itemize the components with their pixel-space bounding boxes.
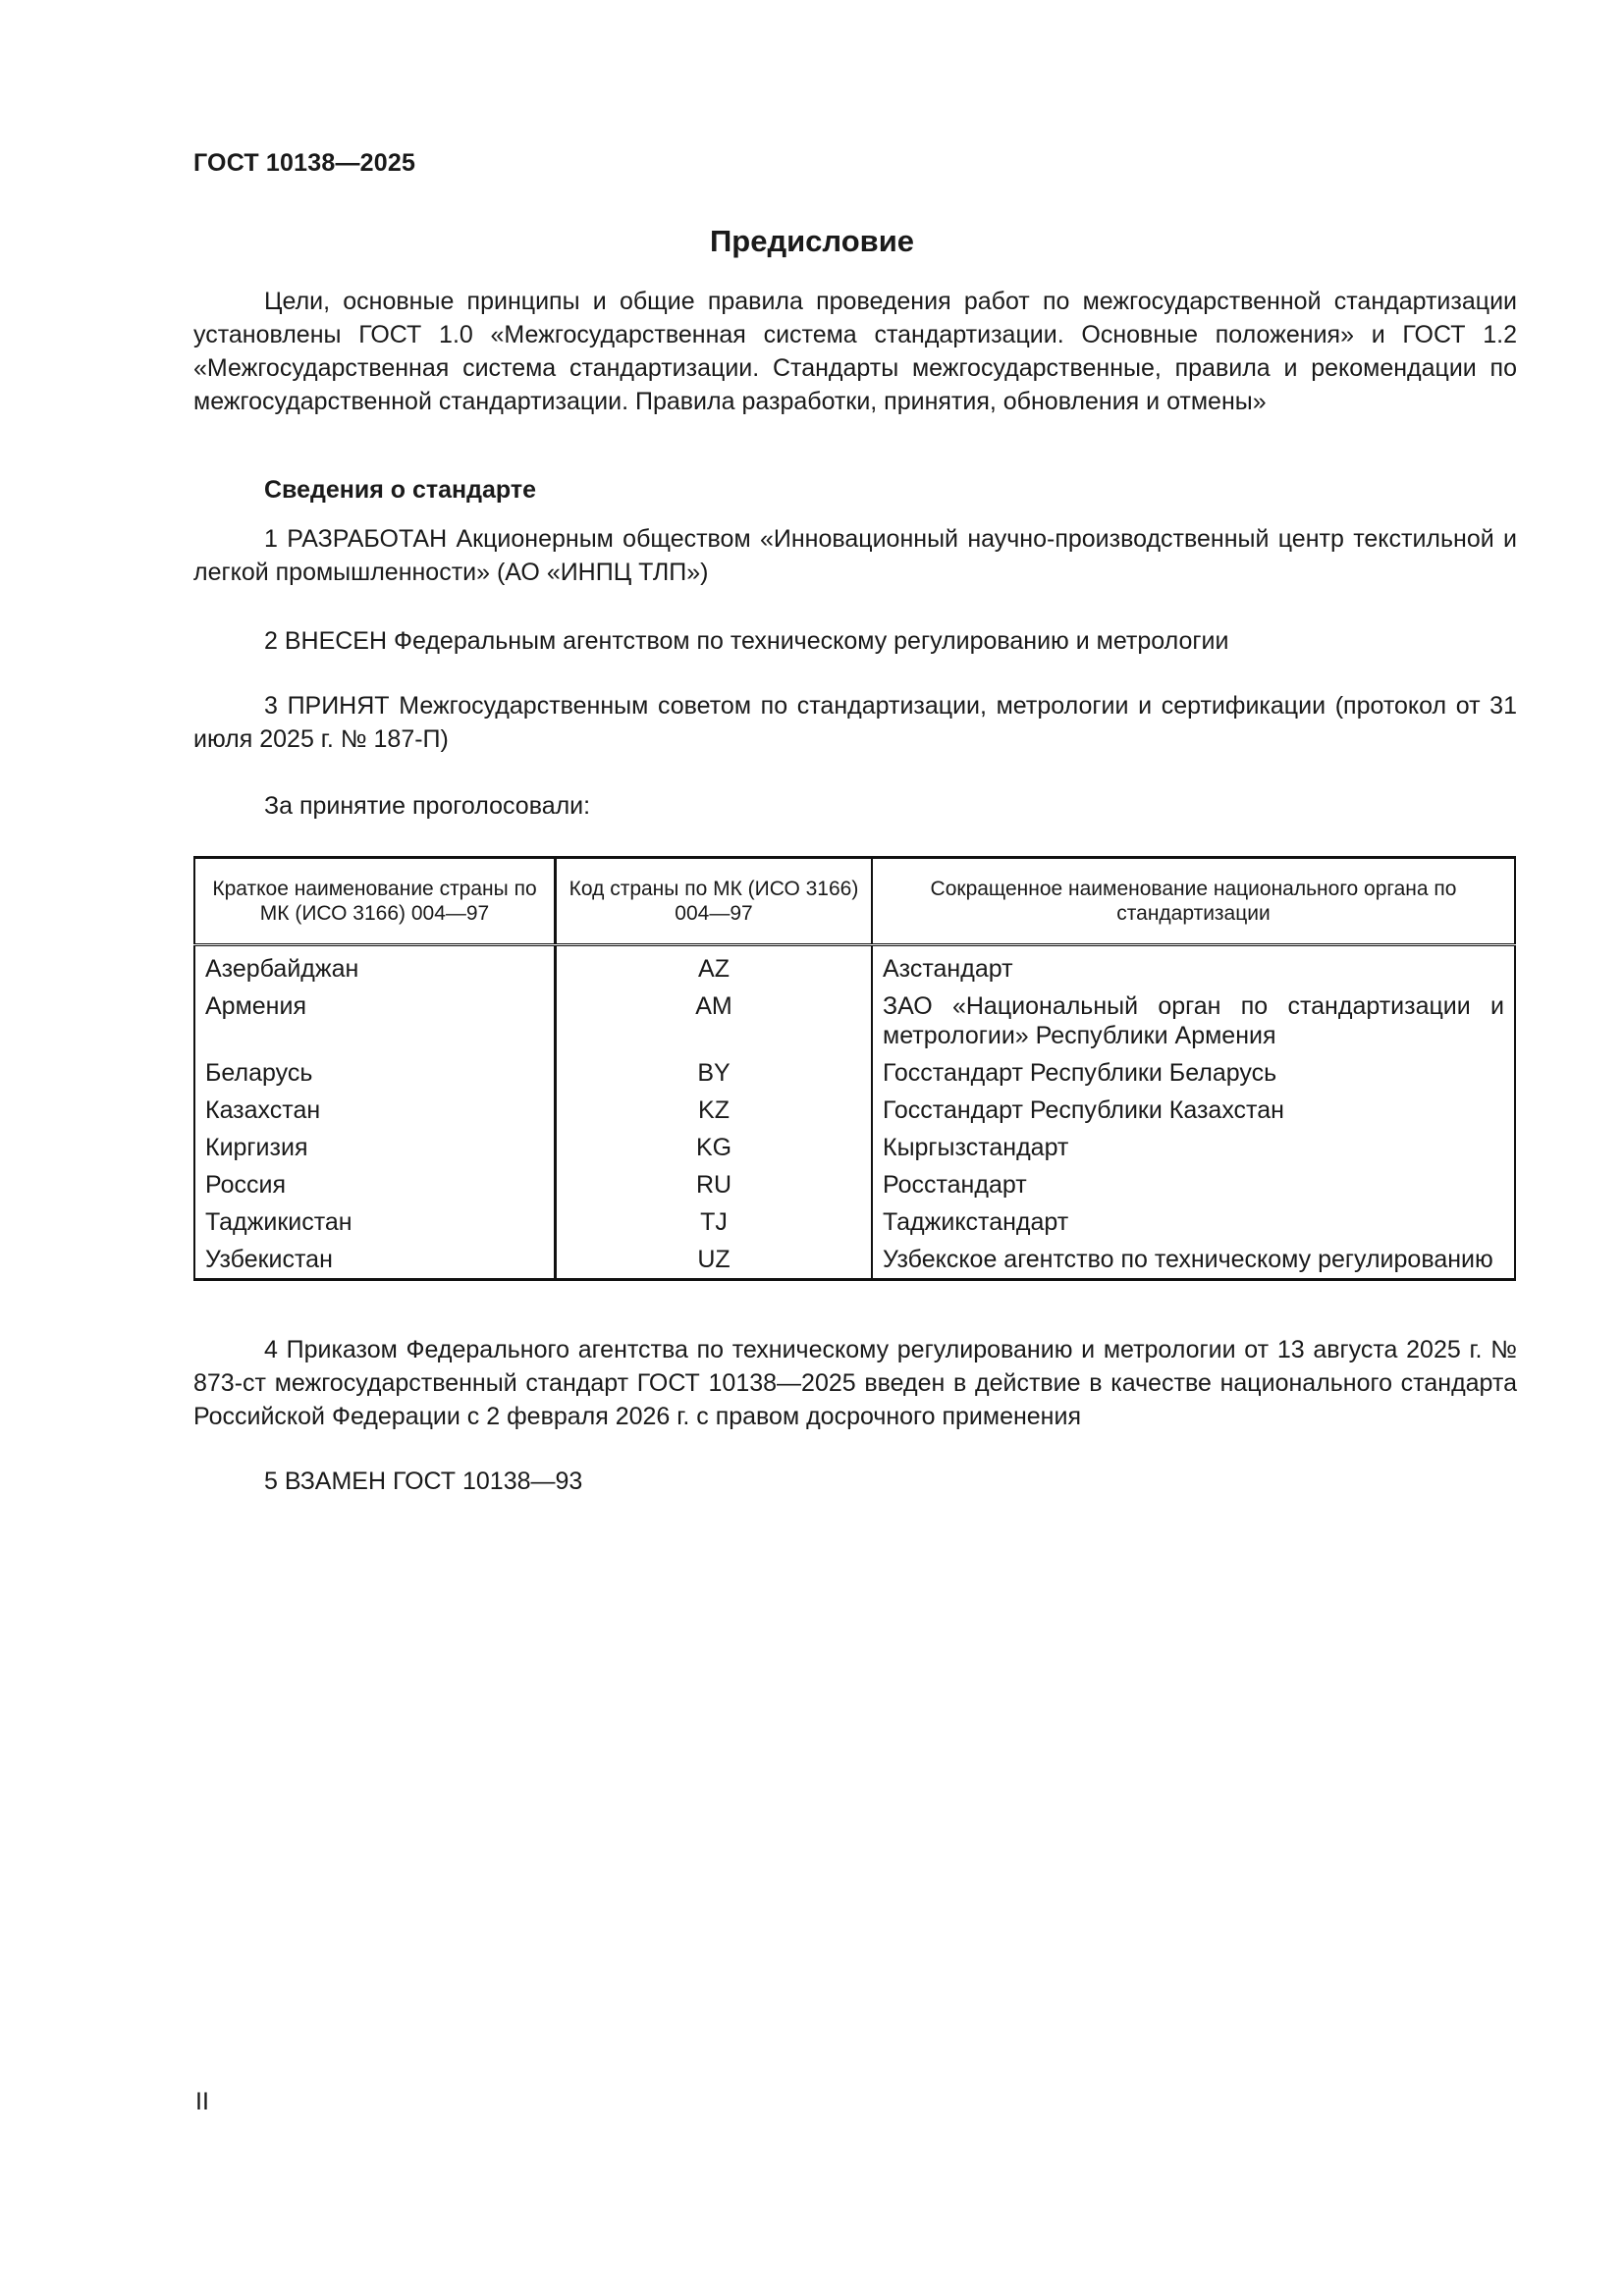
country-code: BY [556, 1050, 873, 1088]
country-code: KG [556, 1125, 873, 1162]
table-row: Таджикистан TJ Таджикстандарт [194, 1200, 1515, 1237]
voting-table: Краткое наименование страны по МК (ИСО 3… [193, 856, 1516, 1281]
country-name: Россия [194, 1162, 556, 1200]
national-body: Госстандарт Республики Казахстан [872, 1088, 1515, 1125]
national-body: Таджикстандарт [872, 1200, 1515, 1237]
country-name: Узбекистан [194, 1237, 556, 1280]
country-code: AZ [556, 945, 873, 985]
table-row: Киргизия KG Кыргызстандарт [194, 1125, 1515, 1162]
intro-paragraph: Цели, основные принципы и общие правила … [193, 285, 1517, 418]
page-number: II [195, 2088, 209, 2116]
item-1-developed: 1 РАЗРАБОТАН Акционерным обществом «Инно… [193, 522, 1517, 589]
table-row: Казахстан KZ Госстандарт Республики Каза… [194, 1088, 1515, 1125]
item-4-order: 4 Приказом Федерального агентства по тех… [193, 1333, 1517, 1433]
vote-intro: За принятие проголосовали: [193, 789, 1517, 823]
country-name: Армения [194, 984, 556, 1050]
item-2-introduced: 2 ВНЕСЕН Федеральным агентством по техни… [193, 624, 1517, 658]
item-5-replaces: 5 ВЗАМЕН ГОСТ 10138—93 [193, 1465, 1517, 1498]
header-country-name: Краткое наименование страны по МК (ИСО 3… [194, 858, 556, 945]
country-name: Беларусь [194, 1050, 556, 1088]
country-code: UZ [556, 1237, 873, 1280]
section-heading: Сведения о стандарте [264, 476, 536, 505]
national-body: ЗАО «Национальный орган по стандартизаци… [872, 984, 1515, 1050]
country-code: AM [556, 984, 873, 1050]
national-body: Росстандарт [872, 1162, 1515, 1200]
table-row: Россия RU Росстандарт [194, 1162, 1515, 1200]
country-name: Таджикистан [194, 1200, 556, 1237]
national-body: Узбекское агентство по техническому регу… [872, 1237, 1515, 1280]
table-row: Армения AM ЗАО «Национальный орган по ст… [194, 984, 1515, 1050]
country-code: TJ [556, 1200, 873, 1237]
header-country-code: Код страны по МК (ИСО 3166) 004—97 [556, 858, 873, 945]
table-row: Азербайджан AZ Азстандарт [194, 945, 1515, 985]
document-code-header: ГОСТ 10138—2025 [193, 149, 415, 178]
national-body: Госстандарт Республики Беларусь [872, 1050, 1515, 1088]
country-code: RU [556, 1162, 873, 1200]
country-name: Азербайджан [194, 945, 556, 985]
table-header-row: Краткое наименование страны по МК (ИСО 3… [194, 858, 1515, 945]
national-body: Кыргызстандарт [872, 1125, 1515, 1162]
item-3-adopted: 3 ПРИНЯТ Межгосударственным советом по с… [193, 689, 1517, 756]
header-national-body: Сокращенное наименование национального о… [872, 858, 1515, 945]
table-row: Беларусь BY Госстандарт Республики Белар… [194, 1050, 1515, 1088]
country-code: KZ [556, 1088, 873, 1125]
national-body: Азстандарт [872, 945, 1515, 985]
page-title: Предисловие [0, 224, 1624, 259]
table-row: Узбекистан UZ Узбекское агентство по тех… [194, 1237, 1515, 1280]
country-name: Казахстан [194, 1088, 556, 1125]
country-name: Киргизия [194, 1125, 556, 1162]
